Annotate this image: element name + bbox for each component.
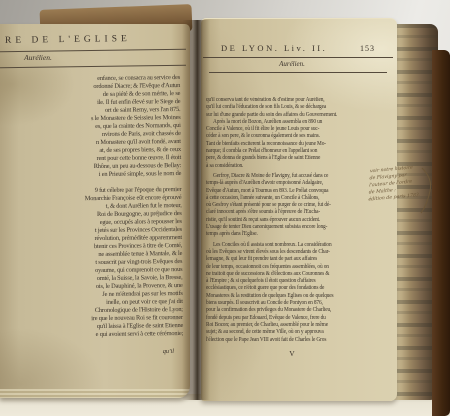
right-page-text-line: L'usage de tenter Dieu canoniquement sub… [206, 224, 375, 231]
header-rule [0, 49, 186, 53]
right-page-text-line: sur lui d'une grande partie du soin des … [206, 112, 375, 119]
right-page-text-line: sujet; & au second, de cette même Ville,… [206, 329, 375, 336]
book-gutter-shadow [182, 20, 210, 400]
right-page-body: qu'il conserva tant de vénération & d'es… [206, 97, 375, 344]
header-rule [0, 65, 186, 69]
right-page-text-line: céder à son pere, & le couronna égalemen… [206, 133, 375, 140]
right-page-text-line: l'élection que le Pape Jean VIII avoit f… [206, 337, 375, 344]
right-page-text-line: Les Conciles où il assista sont nombreux… [206, 242, 375, 249]
right-page-text-line: Monasteres & la restitution de quelques … [206, 293, 375, 300]
right-page-text-line: Roi Bozon; au premier, de Charlieu, asse… [206, 322, 375, 329]
paragraph: Les Conciles où il assista sont nombreux… [206, 242, 375, 344]
handwritten-margin-note: voir notre histoirede Flavigny parl'aute… [368, 163, 426, 203]
left-page-body: enfance, se consacra au service desordon… [0, 74, 183, 341]
page-number: 153 [360, 44, 375, 53]
right-page-text-line: temps après dans l'Eglise. [206, 231, 375, 238]
right-page-text-line: temps-là auprès d'Aurélien d'avoir empoi… [206, 180, 375, 187]
right-page-text-line: Evêque d'Autun, mort à Tournus en 893. L… [206, 188, 375, 195]
left-running-head: Aurélien. [0, 53, 138, 62]
right-page-text-line: pere, & donna de grands biens à l'Eglise… [206, 155, 375, 162]
book-photo: RE DE L'EGLISE Aurélien. enfance, se con… [0, 0, 450, 416]
right-page-text-line: où Gesfroy s'étant présenté pour se purg… [206, 202, 375, 209]
right-page-text-line: Concile à Valence, où il fit élire le je… [206, 126, 375, 133]
right-page-text-line: à sa considération. [206, 163, 375, 170]
right-page-text-line: de leur temps, occasionnoit ces fréquent… [206, 264, 375, 271]
right-page-text-line: claré innocent après s'être soumis à l'é… [206, 209, 375, 216]
right-page-text-line: lemagne, & qui leur fit prendre tant de … [206, 256, 375, 263]
margin-note-brace [420, 167, 434, 215]
right-page-text-line: Tant de bienfaits exciterent la reconnoi… [206, 141, 375, 148]
right-page-text-line: pour la confirmation des privileges du M… [206, 307, 375, 314]
book-cover [432, 50, 450, 416]
right-page-text-line: qu'il lui confia l'éducation de son fils… [206, 104, 375, 111]
left-page-text-line: e qui avoient servi à cette cérémonie; [0, 330, 183, 341]
header-rule [209, 72, 387, 73]
right-page: DE LYON. Liv. II. 153 Aurélien. qu'il co… [201, 18, 397, 401]
right-page-text-line: ecclésiastiques, ce n'étoit guere que po… [206, 285, 375, 292]
signature-mark: V [207, 349, 377, 358]
paragraph: Après la mort de Bozon, Aurélien assembl… [206, 119, 375, 170]
left-page: RE DE L'EGLISE Aurélien. enfance, se con… [0, 24, 190, 398]
left-page-catchword: qu'il [163, 348, 174, 355]
paragraph: qu'il conserva tant de vénération & d'es… [206, 97, 375, 119]
right-page-text-line: ristie, qu'il soutint & reçut sans éprou… [206, 217, 375, 224]
header-rule [203, 57, 393, 58]
right-page-text-line: fondé depuis peu par Edouard, Evêque de … [206, 315, 375, 322]
paragraph: Gerfroy, Diacre & Moine de Flavigny, fut… [206, 173, 375, 239]
left-page-header: RE DE L'EGLISE [5, 34, 131, 46]
right-page-text-line: Gerfroy, Diacre & Moine de Flavigny, fut… [206, 173, 375, 180]
right-page-text-line: narque; il combla ce Prélat d'honneur en… [206, 148, 375, 155]
right-running-head: Aurélien. [207, 60, 377, 68]
right-page-header: DE LYON. Liv. II. [221, 43, 327, 53]
